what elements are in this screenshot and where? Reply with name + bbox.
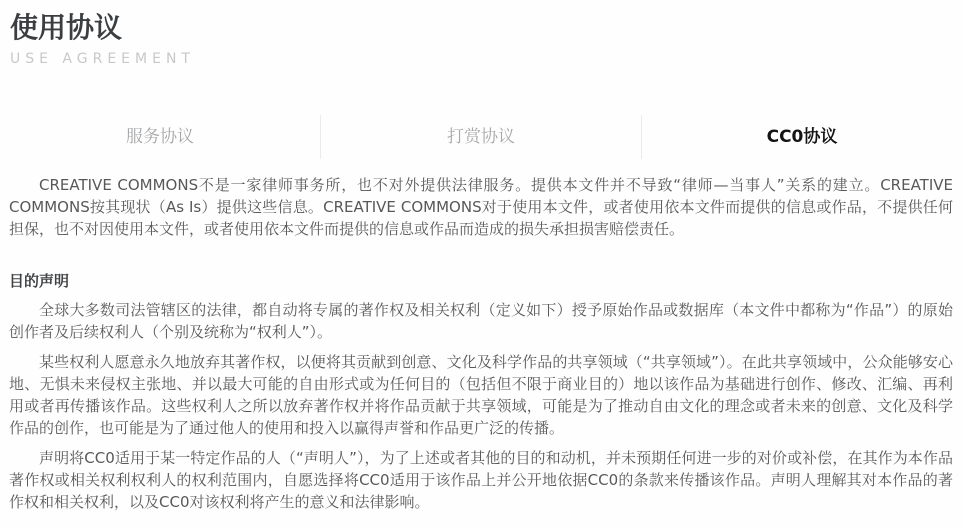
intro-paragraph: CREATIVE COMMONS不是一家律师事务所，也不对外提供法律服务。提供本… (9, 174, 953, 240)
tab-service-agreement[interactable]: 服务协议 (0, 115, 320, 159)
purpose-paragraph-2: 某些权利人愿意永久地放弃其著作权，以便将其贡献到创意、文化及科学作品的共享领域（… (9, 351, 953, 439)
purpose-paragraph-1: 全球大多数司法管辖区的法律，都自动将专属的著作权及相关权利（定义如下）授予原始作… (9, 299, 953, 343)
page-subtitle: USE AGREEMENT (10, 51, 952, 67)
tab-cc0-agreement[interactable]: CC0协议 (641, 115, 962, 159)
agreement-tabs: 服务协议 打赏协议 CC0协议 (0, 115, 962, 159)
page-header: 使用协议 USE AGREEMENT (0, 0, 962, 67)
agreement-content: CREATIVE COMMONS不是一家律师事务所，也不对外提供法律服务。提供本… (0, 174, 962, 513)
tab-tip-agreement[interactable]: 打赏协议 (320, 115, 641, 159)
purpose-paragraph-3: 声明将CC0适用于某一特定作品的人（“声明人”），为了上述或者其他的目的和动机，… (9, 447, 953, 513)
section-heading-purpose: 目的声明 (9, 271, 953, 291)
use-agreement-page: 使用协议 USE AGREEMENT 服务协议 打赏协议 CC0协议 CREAT… (0, 0, 962, 528)
page-title: 使用协议 (10, 12, 952, 44)
